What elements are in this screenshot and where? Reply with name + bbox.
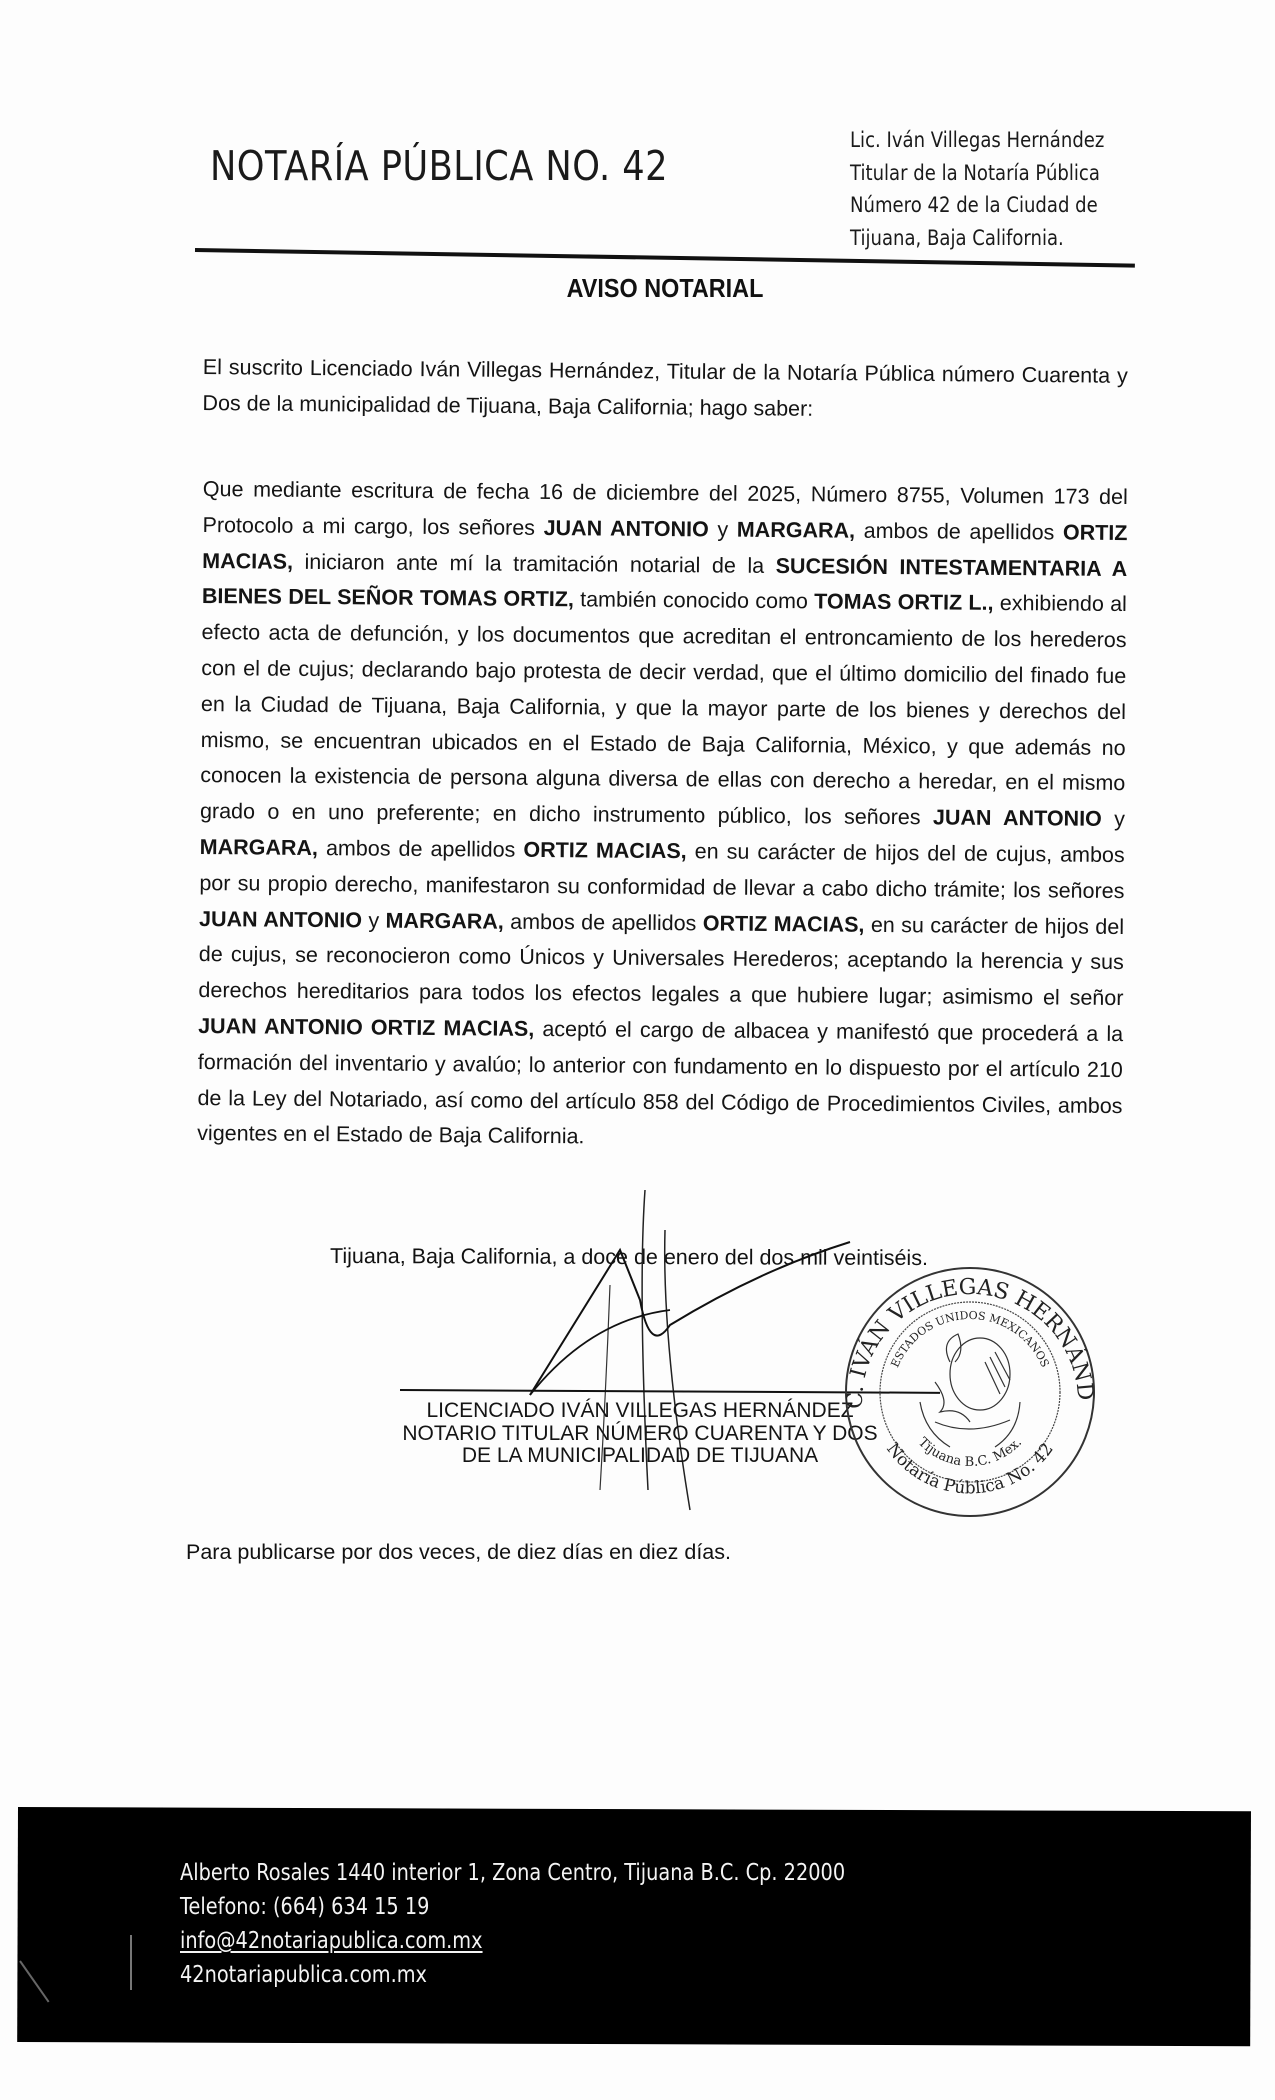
text-run: iniciaron ante mí la tramitación notaria… [293,549,776,577]
bold-text-run: TOMAS ORTIZ L., [814,590,994,616]
notary-info-line: Número 42 de la Ciudad de [850,189,1104,222]
notary-info-block: Lic. Iván Villegas Hernández Titular de … [850,124,1104,254]
notary-info-line: Titular de la Notaría Pública [850,157,1104,190]
main-paragraph: Que mediante escritura de fecha 16 de di… [197,472,1128,1160]
document-title: AVISO NOTARIAL [67,273,1264,304]
bold-text-run: JUAN ANTONIO [199,907,362,932]
signature-block: LICENCIADO IVÁN VILLEGAS HERNÁNDEZ NOTAR… [380,1400,900,1468]
text-run: ambos de apellidos [318,836,524,862]
bold-text-run: MARGARA, [737,517,855,542]
text-run: también conocido como [574,588,814,614]
signatory-name: LICENCIADO IVÁN VILLEGAS HERNÁNDEZ [380,1400,900,1423]
footer-website-link[interactable]: 42notariapublica.com.mx [180,1958,845,1992]
intro-paragraph: El suscrito Licenciado Iván Villegas Her… [202,350,1128,430]
bold-text-run: MARGARA, [200,835,318,860]
svg-text:LIC. IVÁN VILLEGAS HERNÁNDEZ: LIC. IVÁN VILLEGAS HERNÁNDEZ [840,1262,1097,1409]
notary-seal-icon: LIC. IVÁN VILLEGAS HERNÁNDEZ Notaría Púb… [840,1262,1100,1522]
bold-text-run: JUAN ANTONIO [933,806,1102,831]
publication-note: Para publicarse por dos veces, de diez d… [186,1540,731,1565]
notary-office-title: NOTARÍA PÚBLICA NO. 42 [210,142,668,190]
svg-text:Tijuana B.C. Mex.: Tijuana B.C. Mex. [915,1435,1025,1470]
svg-text:ESTADOS UNIDOS MEXICANOS: ESTADOS UNIDOS MEXICANOS [888,1309,1051,1369]
bold-text-run: MARGARA, [385,908,503,933]
bold-text-run: ORTIZ MACIAS, [523,838,687,863]
footer-phone[interactable]: Telefono: (664) 634 15 19 [180,1890,845,1924]
footer-email-link[interactable]: info@42notariapublica.com.mx [180,1924,845,1958]
footer-contact: Alberto Rosales 1440 interior 1, Zona Ce… [180,1856,845,1992]
notary-info-line: Lic. Iván Villegas Hernández [850,124,1104,157]
bold-text-run: JUAN ANTONIO [544,516,709,541]
signatory-title: NOTARIO TITULAR NÚMERO CUARENTA Y DOS [380,1423,900,1446]
text-run: ambos de apellidos [504,909,703,935]
footer-address: Alberto Rosales 1440 interior 1, Zona Ce… [180,1856,845,1890]
bold-text-run: JUAN ANTONIO ORTIZ MACIAS, [198,1014,534,1041]
text-run: y [709,517,737,541]
text-run: exhibiendo al efecto acta de defunción, … [200,591,1127,829]
scan-artifact [130,1935,132,1990]
signatory-municipality: DE LA MUNICIPALIDAD DE TIJUANA [380,1445,900,1468]
text-run: ambos de apellidos [855,518,1063,544]
bold-text-run: ORTIZ MACIAS, [703,911,865,936]
notary-info-line: Tijuana, Baja California. [850,222,1104,255]
text-run: y [362,908,386,932]
text-run: y [1102,807,1125,831]
